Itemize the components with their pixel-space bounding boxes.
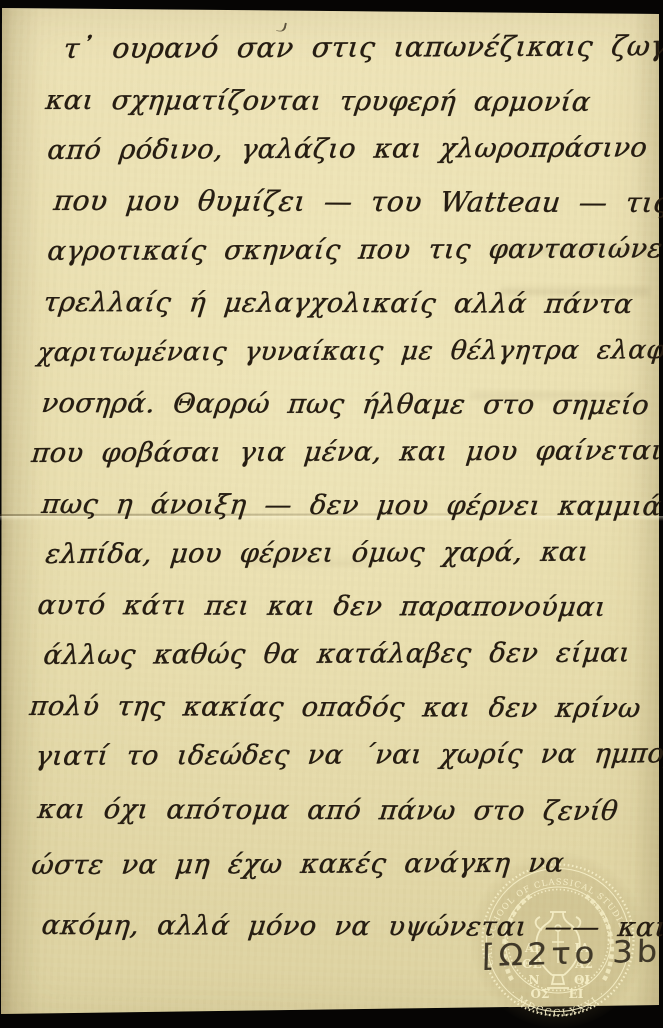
handwriting-line-7: χαριτωμέναις γυναίκαις με θέλγητρα ελαφρ… (36, 314, 663, 367)
handwriting-line-5: αγροτικαίς σκηναίς που τις φαντασιώνει (46, 213, 663, 266)
handwriting-line-14: πολύ της κακίας οπαδός και δεν κρίνω (28, 671, 663, 724)
handwriting-line-16: και όχι απότομα από πάνω στο ζενίθ (36, 772, 663, 827)
handwriting-line-8: νοσηρά. Θαρρώ πως ήλθαμε στο σημείο (40, 368, 663, 421)
handwriting-line-9: που φοβάσαι για μένα, και μου φαίνεται (30, 415, 663, 468)
handwriting-line-2: και σχηματίζονται τρυφερή αρμονία (44, 65, 663, 118)
handwriting-line-17: ώστε να μη έχω κακές ανάγκη να (30, 822, 663, 881)
handwriting-line-13: άλλως καθώς θα κατάλαβες δεν είμαι (42, 617, 663, 670)
handwriting-line-1: τ᾽ ουρανό σαν στις ιαπωνέζικαις ζωγραφια… (62, 11, 663, 64)
handwriting-line-11: ελπίδα, μου φέρνει όμως χαρά, και (44, 516, 663, 569)
handwriting-line-15: γιατί το ιδεώδες να ΄ναι χωρίς να ημπορε… (34, 718, 663, 771)
handwriting-line-6: τρελλαίς ή μελαγχολικαίς αλλά πάντα (42, 267, 663, 320)
handwritten-text-block: τ᾽ ουρανό σαν στις ιαπωνέζικαις ζωγραφια… (0, 14, 663, 941)
handwriting-line-12: αυτό κάτι πει και δεν παραπονούμαι (36, 570, 663, 623)
seal-letters-left-4: ΟΣ (531, 987, 550, 1001)
seal-letters-right-4: ΕΙ (569, 987, 584, 1001)
seal-letters-right-3: ΘΙ (574, 973, 590, 987)
handwriting-line-10: πως η άνοιξη — δεν μου φέρνει καμμιά (40, 469, 663, 522)
handwriting-line-4: που μου θυμίζει — του Watteau — τις (52, 166, 663, 219)
shelfmark-inscription: [Ω2το 3b) (482, 932, 663, 973)
seal-letters-left-3: Ν (529, 973, 540, 987)
handwriting-line-3: από ρόδινο, γαλάζιο και χλωροπράσινο — (46, 112, 663, 165)
scanned-letter-page: τ᾽ ουρανό σαν στις ιαπωνέζικαις ζωγραφια… (0, 0, 663, 1028)
handwriting-line-18: ακόμη, αλλά μόνο να υψώνεται —— και (40, 881, 663, 943)
